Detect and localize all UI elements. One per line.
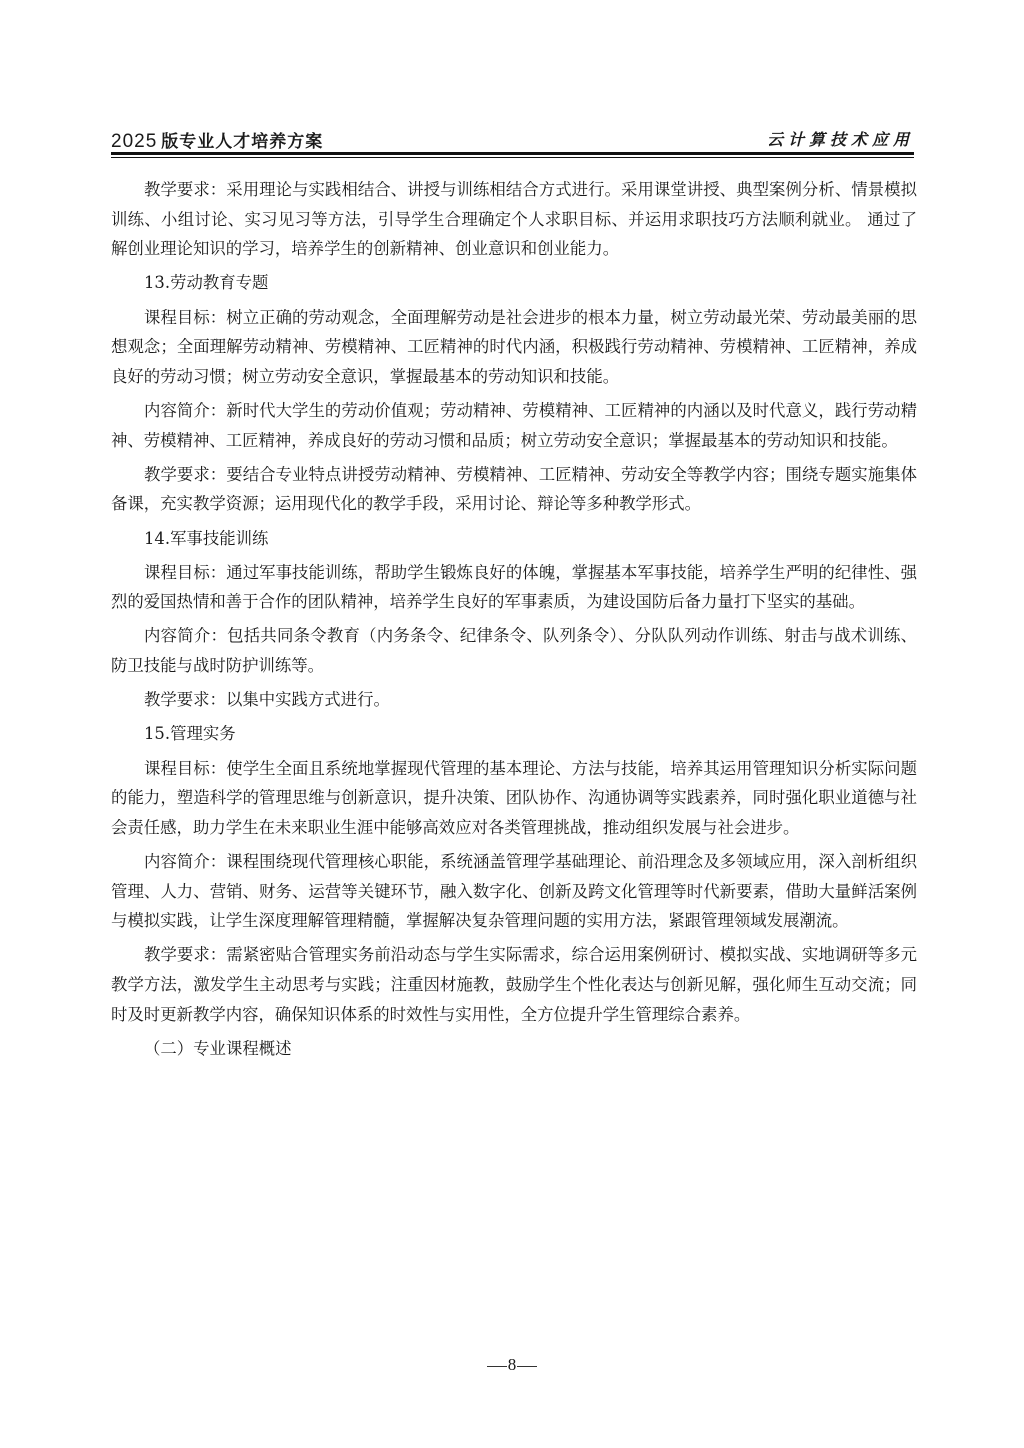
page-body: 教学要求：采用理论与实践相结合、讲授与训练相结合方式进行。采用课堂讲授、典型案例…	[111, 175, 917, 1068]
section-heading-professional-courses: （二）专业课程概述	[111, 1034, 917, 1064]
paragraph-teaching-requirement-military: 教学要求：以集中实践方式进行。	[111, 685, 917, 715]
running-header: 2025版专业人才培养方案 云计算技术应用	[111, 127, 914, 153]
section-heading-management-practice: 15.管理实务	[111, 719, 917, 749]
header-rule-thick	[111, 152, 914, 155]
page-footer: 8	[0, 1355, 1024, 1375]
page-number-dash-left	[487, 1366, 507, 1367]
header-year: 2025	[111, 131, 157, 152]
page-number: 8	[508, 1355, 517, 1374]
section-heading-labor-education: 13.劳动教育专题	[111, 268, 917, 298]
paragraph-course-goal-military: 课程目标：通过军事技能训练，帮助学生锻炼良好的体魄，掌握基本军事技能，培养学生严…	[111, 558, 917, 617]
paragraph-teaching-requirement-labor: 教学要求：要结合专业特点讲授劳动精神、劳模精神、工匠精神、劳动安全等教学内容；围…	[111, 460, 917, 519]
paragraph-content-intro-management: 内容简介：课程围绕现代管理核心职能，系统涵盖管理学基础理论、前沿理念及多领域应用…	[111, 847, 917, 936]
header-plan-title: 版专业人才培养方案	[161, 132, 323, 151]
paragraph-content-intro-military: 内容简介：包括共同条令教育（内务条令、纪律条令、队列条令）、分队队列动作训练、射…	[111, 621, 917, 680]
paragraph-teaching-requirement-career: 教学要求：采用理论与实践相结合、讲授与训练相结合方式进行。采用课堂讲授、典型案例…	[111, 175, 917, 264]
paragraph-course-goal-labor: 课程目标：树立正确的劳动观念，全面理解劳动是社会进步的根本力量，树立劳动最光荣、…	[111, 303, 917, 392]
page-number-dash-right	[517, 1366, 537, 1367]
header-major-name: 云计算技术应用	[767, 127, 914, 150]
header-rule-thin	[111, 157, 914, 158]
paragraph-course-goal-management: 课程目标：使学生全面且系统地掌握现代管理的基本理论、方法与技能，培养其运用管理知…	[111, 754, 917, 843]
paragraph-teaching-requirement-management: 教学要求：需紧密贴合管理实务前沿动态与学生实际需求，综合运用案例研讨、模拟实战、…	[111, 940, 917, 1029]
section-heading-military-training: 14.军事技能训练	[111, 524, 917, 554]
header-document-title: 2025版专业人才培养方案	[111, 127, 323, 153]
paragraph-content-intro-labor: 内容简介：新时代大学生的劳动价值观；劳动精神、劳模精神、工匠精神的内涵以及时代意…	[111, 396, 917, 455]
